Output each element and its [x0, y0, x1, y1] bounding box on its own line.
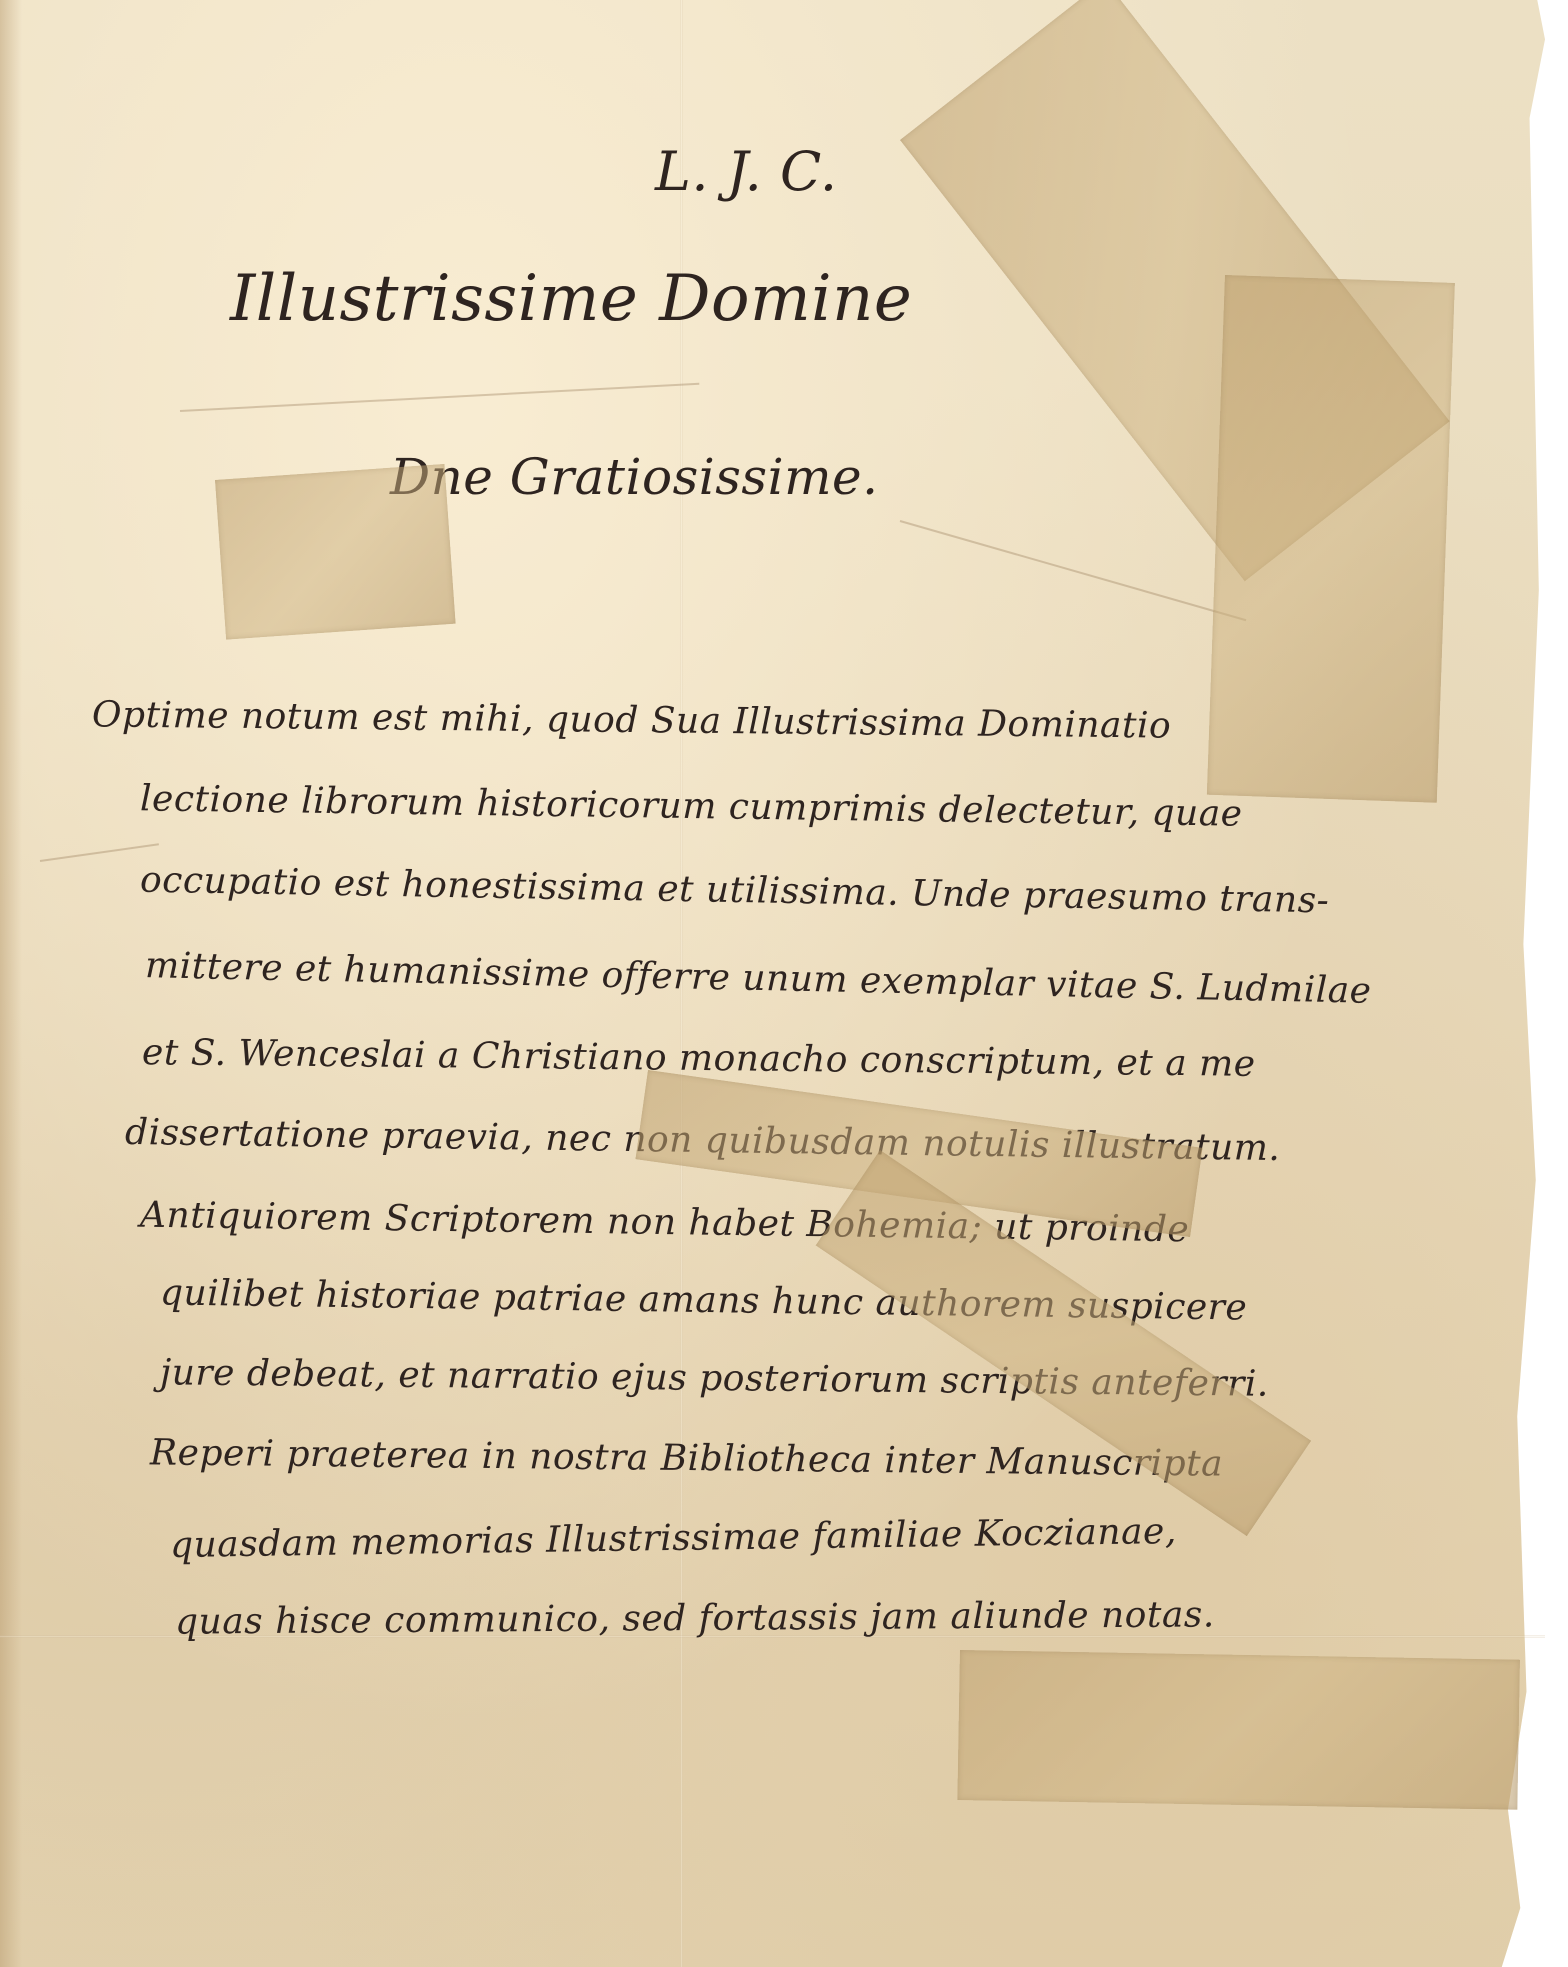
tape-strip-top-left	[215, 464, 456, 640]
tape-strip-bottom-right	[957, 1650, 1520, 1810]
addressee: Illustrissime Domine	[230, 262, 912, 336]
paper-left-edge	[0, 0, 22, 1967]
body-line-12: quas hisce communico, sed fortassis jam …	[175, 1594, 1215, 1642]
salutation: Dne Gratiosissime.	[390, 448, 878, 506]
invocation: L. J. C.	[655, 140, 838, 203]
tape-strip-top-right	[1207, 275, 1455, 803]
